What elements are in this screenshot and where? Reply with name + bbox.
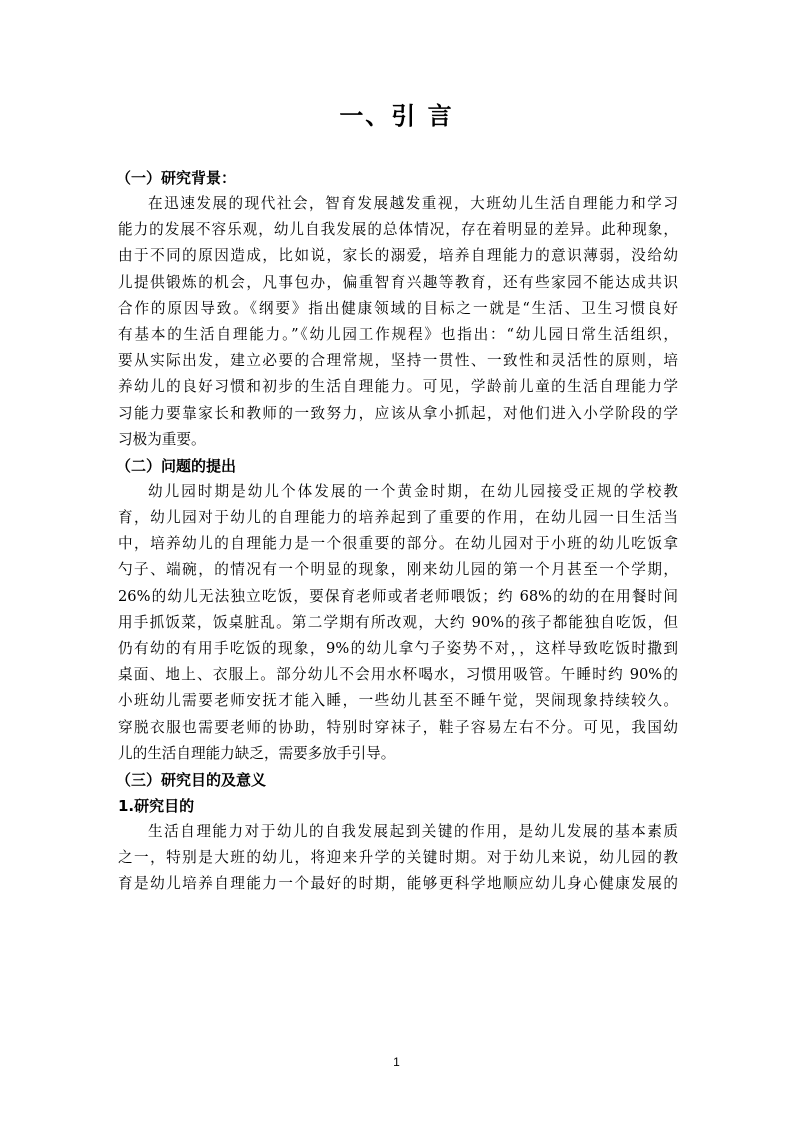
text-line: 生活自理能力对于幼儿的自我发展起到关键的作用，是幼儿发展的基本素质 [118, 819, 678, 845]
text-line: 能力的发展不容乐观，幼儿自我发展的总体情况，存在着明显的差异。此种现象， [118, 217, 678, 243]
text-line: 在迅速发展的现代社会，智育发展越发重视，大班幼儿生活自理能力和学习 [118, 191, 678, 217]
text-line: 穿脱衣服也需要老师的协助，特别时穿袜子，鞋子容易左右不分。可见，我国幼 [118, 715, 678, 741]
text-line: 由于不同的原因造成，比如说，家长的溺爱，培养自理能力的意识薄弱，没给幼 [118, 243, 678, 269]
text-line: 桌面、地上、衣服上。部分幼儿不会用水杯喝水，习惯用吸管。午睡时约 90%的 [118, 662, 678, 688]
text-line: 儿提供锻炼的机会，凡事包办，偏重智育兴趣等教育，还有些家园不能达成共识 [118, 270, 678, 296]
text-line: 仍有幼的有用手吃饭的现象，9%的幼儿拿勺子姿势不对，，这样导致吃饭时撒到 [118, 636, 678, 662]
text-line: 中，培养幼儿的自理能力是一个很重要的部分。在幼儿园对于小班的幼儿吃饭拿 [118, 531, 678, 557]
text-line: 要从实际出发，建立必要的合理常规，坚持一贯性、一致性和灵活性的原则，培 [118, 348, 678, 374]
section-heading-purpose: （三）研究目的及意义 [116, 767, 678, 793]
text-line: 幼儿园时期是幼儿个体发展的一个黄金时期，在幼儿园接受正规的学校教 [118, 479, 678, 505]
page-title: 一、引 言 [0, 96, 793, 131]
text-line: 之一，特别是大班的幼儿，将迎来升学的关键时期。对于幼儿来说，幼儿园的教 [118, 845, 678, 871]
text-line: 26%的幼儿无法独立吃饭，要保育老师或者老师喂饭；约 68%的幼的在用餐时间 [118, 584, 678, 610]
page-number: 1 [0, 1055, 793, 1069]
subsection-heading-purpose: 1.研究目的 [118, 793, 678, 819]
text-line: 合作的原因导致。《纲要》指出健康领域的目标之一就是“生活、卫生习惯良好 [118, 296, 678, 322]
text-line: 习能力要靠家长和教师的一致努力，应该从拿小抓起，对他们进入小学阶段的学 [118, 401, 678, 427]
paragraph-purpose: 生活自理能力对于幼儿的自我发展起到关键的作用，是幼儿发展的基本素质 之一，特别是… [118, 819, 678, 898]
text-line: 习极为重要。 [118, 427, 678, 453]
text-line: 小班幼儿需要老师安抚才能入睡，一些幼儿甚至不睡午觉，哭闹现象持续较久。 [118, 688, 678, 714]
section-heading-background: （一）研究背景： [116, 165, 678, 191]
text-line: 育是幼儿培养自理能力一个最好的时期，能够更科学地顺应幼儿身心健康发展的 [118, 871, 678, 897]
paragraph-background: 在迅速发展的现代社会，智育发展越发重视，大班幼儿生活自理能力和学习 能力的发展不… [118, 191, 678, 453]
section-heading-problem: （二）问题的提出 [116, 453, 678, 479]
paragraph-problem: 幼儿园时期是幼儿个体发展的一个黄金时期，在幼儿园接受正规的学校教 育，幼儿园对于… [118, 479, 678, 767]
text-line: 育，幼儿园对于幼儿的自理能力的培养起到了重要的作用，在幼儿园一日生活当 [118, 505, 678, 531]
text-line: 有基本的生活自理能力。”《幼儿园工作规程》也指出：“幼儿园日常生活组织， [118, 322, 678, 348]
text-line: 勺子、端碗，的情况有一个明显的现象，刚来幼儿园的第一个月甚至一个学期， [118, 557, 678, 583]
text-line: 用手抓饭菜，饭桌脏乱。第二学期有所改观，大约 90%的孩子都能独自吃饭，但 [118, 610, 678, 636]
text-line: 养幼儿的良好习惯和初步的生活自理能力。可见，学龄前儿童的生活自理能力学 [118, 374, 678, 400]
document-page: 一、引 言 （一）研究背景： 在迅速发展的现代社会，智育发展越发重视，大班幼儿生… [0, 0, 793, 1122]
text-line: 儿的生活自理能力缺乏，需要多放手引导。 [118, 741, 678, 767]
document-body: （一）研究背景： 在迅速发展的现代社会，智育发展越发重视，大班幼儿生活自理能力和… [118, 165, 678, 898]
